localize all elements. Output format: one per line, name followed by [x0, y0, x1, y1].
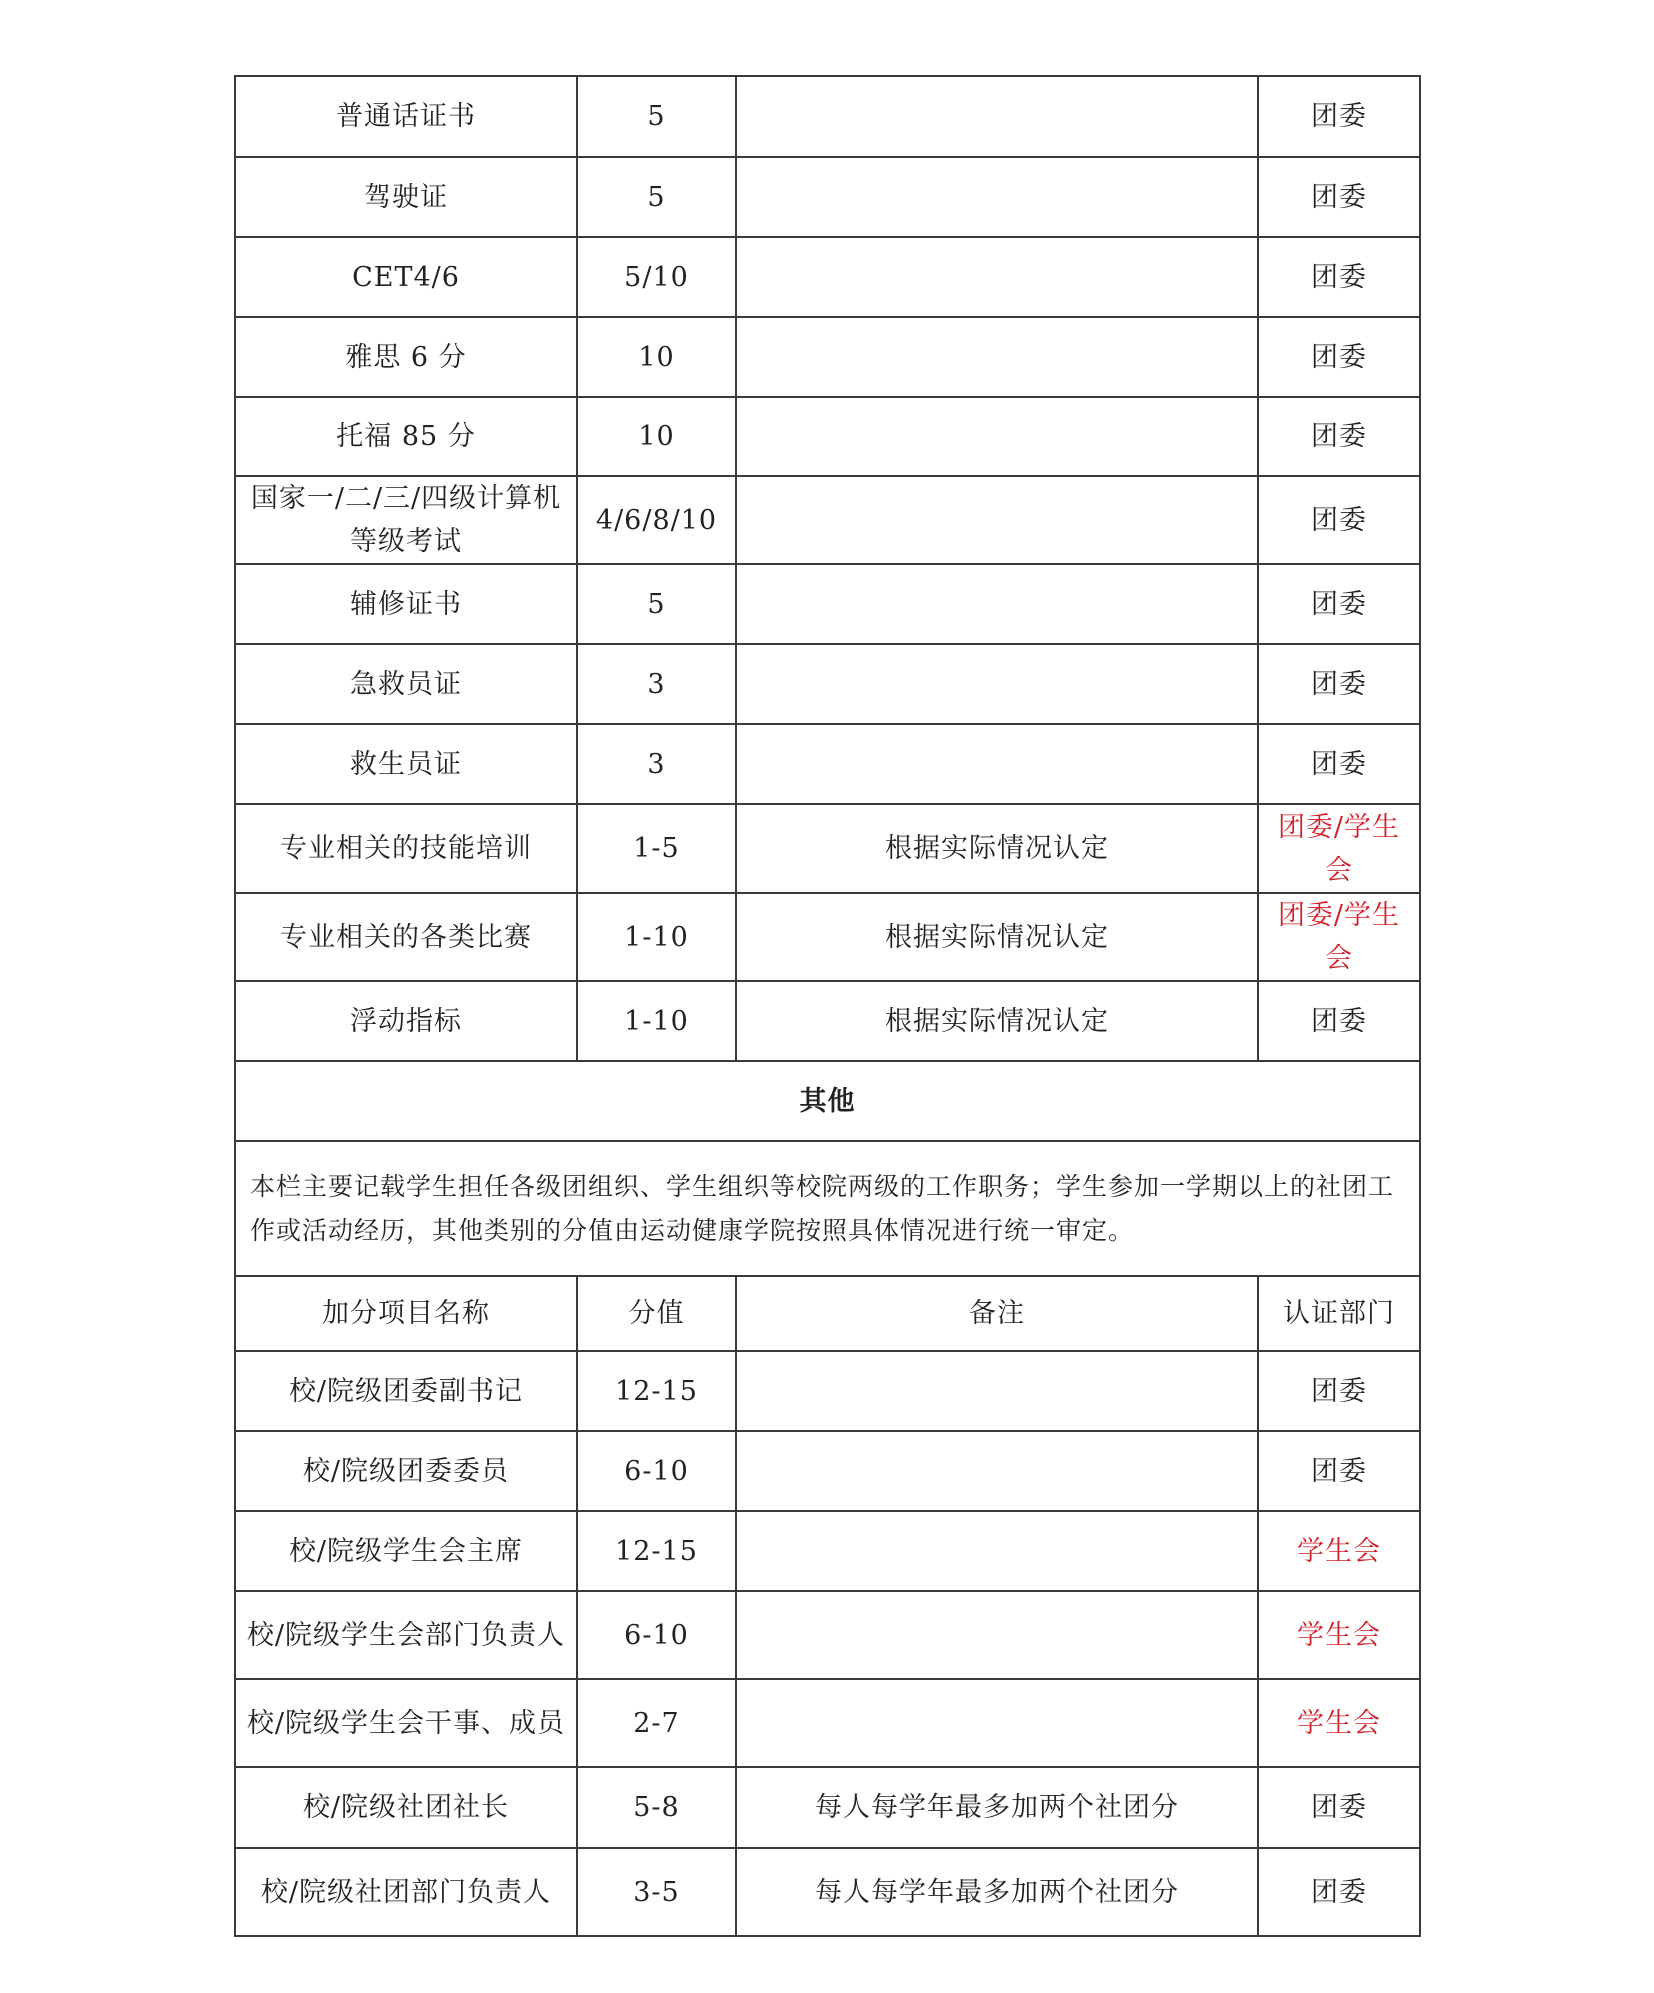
note-cell: [736, 76, 1258, 157]
table-row: 校/院级团委委员6-10团委: [235, 1431, 1420, 1511]
score-cell: 1-5: [577, 804, 736, 893]
note-cell: 根据实际情况认定: [736, 981, 1258, 1061]
section-description: 本栏主要记载学生担任各级团组织、学生组织等校院两级的工作职务；学生参加一学期以上…: [235, 1141, 1420, 1276]
item-name-cell: 校/院级学生会干事、成员: [235, 1679, 577, 1767]
score-cell: 6-10: [577, 1591, 736, 1679]
item-name-cell: 普通话证书: [235, 76, 577, 157]
item-name-cell: 雅思 6 分: [235, 317, 577, 397]
note-cell: [736, 1351, 1258, 1431]
score-cell: 3: [577, 644, 736, 724]
item-name-cell: 托福 85 分: [235, 397, 577, 476]
item-name-cell: 国家一/二/三/四级计算机等级考试: [235, 476, 577, 564]
note-cell: [736, 724, 1258, 804]
section-title: 其他: [235, 1061, 1420, 1141]
header-name: 加分项目名称: [235, 1276, 577, 1351]
item-name-cell: 辅修证书: [235, 564, 577, 644]
item-name-cell: 专业相关的各类比赛: [235, 893, 577, 981]
dept-cell: 学生会: [1258, 1679, 1420, 1767]
dept-cell: 团委: [1258, 157, 1420, 237]
score-cell: 10: [577, 397, 736, 476]
note-cell: [736, 476, 1258, 564]
dept-cell: 团委: [1258, 317, 1420, 397]
score-cell: 6-10: [577, 1431, 736, 1511]
header-dept: 认证部门: [1258, 1276, 1420, 1351]
dept-cell: 团委: [1258, 1767, 1420, 1848]
section-title-row: 其他: [235, 1061, 1420, 1141]
dept-cell: 团委: [1258, 724, 1420, 804]
score-cell: 5: [577, 157, 736, 237]
score-cell: 4/6/8/10: [577, 476, 736, 564]
dept-cell: 团委: [1258, 237, 1420, 317]
note-cell: [736, 397, 1258, 476]
section-other: 其他 本栏主要记载学生担任各级团组织、学生组织等校院两级的工作职务；学生参加一学…: [235, 1061, 1420, 1351]
item-name-cell: 校/院级学生会主席: [235, 1511, 577, 1591]
note-cell: [736, 1679, 1258, 1767]
dept-cell: 团委: [1258, 76, 1420, 157]
note-cell: [736, 317, 1258, 397]
score-cell: 3-5: [577, 1848, 736, 1936]
header-note: 备注: [736, 1276, 1258, 1351]
dept-cell: 团委/学生会: [1258, 893, 1420, 981]
note-cell: 每人每学年最多加两个社团分: [736, 1767, 1258, 1848]
score-cell: 3: [577, 724, 736, 804]
dept-cell: 学生会: [1258, 1511, 1420, 1591]
dept-cell: 团委: [1258, 1848, 1420, 1936]
table-row: 国家一/二/三/四级计算机等级考试4/6/8/10团委: [235, 476, 1420, 564]
note-cell: [736, 1511, 1258, 1591]
score-cell: 2-7: [577, 1679, 736, 1767]
score-cell: 12-15: [577, 1511, 736, 1591]
note-cell: [736, 237, 1258, 317]
score-table: 普通话证书5团委驾驶证5团委CET4/65/10团委雅思 6 分10团委托福 8…: [234, 75, 1421, 1937]
note-cell: [736, 1431, 1258, 1511]
item-name-cell: 校/院级团委副书记: [235, 1351, 577, 1431]
dept-cell: 团委: [1258, 397, 1420, 476]
table-row: 托福 85 分10团委: [235, 397, 1420, 476]
note-cell: 每人每学年最多加两个社团分: [736, 1848, 1258, 1936]
dept-cell: 团委: [1258, 564, 1420, 644]
table-row: 专业相关的技能培训1-5根据实际情况认定团委/学生会: [235, 804, 1420, 893]
table-row: 急救员证3团委: [235, 644, 1420, 724]
note-cell: 根据实际情况认定: [736, 804, 1258, 893]
table-row: 校/院级学生会部门负责人6-10学生会: [235, 1591, 1420, 1679]
note-cell: [736, 157, 1258, 237]
dept-cell: 团委: [1258, 644, 1420, 724]
item-name-cell: 校/院级团委委员: [235, 1431, 577, 1511]
header-row: 加分项目名称 分值 备注 认证部门: [235, 1276, 1420, 1351]
table-row: 驾驶证5团委: [235, 157, 1420, 237]
item-name-cell: 急救员证: [235, 644, 577, 724]
item-name-cell: 校/院级社团社长: [235, 1767, 577, 1848]
score-cell: 1-10: [577, 981, 736, 1061]
score-cell: 5: [577, 76, 736, 157]
item-name-cell: 浮动指标: [235, 981, 577, 1061]
dept-cell: 团委/学生会: [1258, 804, 1420, 893]
dept-cell: 团委: [1258, 1431, 1420, 1511]
score-cell: 5-8: [577, 1767, 736, 1848]
table-row: 雅思 6 分10团委: [235, 317, 1420, 397]
table-row: 校/院级学生会干事、成员2-7学生会: [235, 1679, 1420, 1767]
table-row: 浮动指标1-10根据实际情况认定团委: [235, 981, 1420, 1061]
dept-cell: 团委: [1258, 981, 1420, 1061]
score-cell: 1-10: [577, 893, 736, 981]
item-name-cell: 救生员证: [235, 724, 577, 804]
dept-cell: 团委: [1258, 476, 1420, 564]
header-score: 分值: [577, 1276, 736, 1351]
note-cell: [736, 644, 1258, 724]
score-cell: 5: [577, 564, 736, 644]
item-name-cell: CET4/6: [235, 237, 577, 317]
score-cell: 5/10: [577, 237, 736, 317]
note-cell: [736, 1591, 1258, 1679]
table-row: 救生员证3团委: [235, 724, 1420, 804]
upper-rows: 普通话证书5团委驾驶证5团委CET4/65/10团委雅思 6 分10团委托福 8…: [235, 76, 1420, 1061]
item-name-cell: 校/院级社团部门负责人: [235, 1848, 577, 1936]
table-row: 专业相关的各类比赛1-10根据实际情况认定团委/学生会: [235, 893, 1420, 981]
item-name-cell: 校/院级学生会部门负责人: [235, 1591, 577, 1679]
item-name-cell: 驾驶证: [235, 157, 577, 237]
section-description-row: 本栏主要记载学生担任各级团组织、学生组织等校院两级的工作职务；学生参加一学期以上…: [235, 1141, 1420, 1276]
lower-rows: 校/院级团委副书记12-15团委校/院级团委委员6-10团委校/院级学生会主席1…: [235, 1351, 1420, 1936]
score-cell: 12-15: [577, 1351, 736, 1431]
score-cell: 10: [577, 317, 736, 397]
item-name-cell: 专业相关的技能培训: [235, 804, 577, 893]
table-row: 校/院级团委副书记12-15团委: [235, 1351, 1420, 1431]
dept-cell: 团委: [1258, 1351, 1420, 1431]
table-row: 校/院级学生会主席12-15学生会: [235, 1511, 1420, 1591]
table-row: 校/院级社团社长5-8每人每学年最多加两个社团分团委: [235, 1767, 1420, 1848]
note-cell: [736, 564, 1258, 644]
table-row: 普通话证书5团委: [235, 76, 1420, 157]
table-row: 辅修证书5团委: [235, 564, 1420, 644]
table-row: 校/院级社团部门负责人3-5每人每学年最多加两个社团分团委: [235, 1848, 1420, 1936]
note-cell: 根据实际情况认定: [736, 893, 1258, 981]
dept-cell: 学生会: [1258, 1591, 1420, 1679]
table-row: CET4/65/10团委: [235, 237, 1420, 317]
